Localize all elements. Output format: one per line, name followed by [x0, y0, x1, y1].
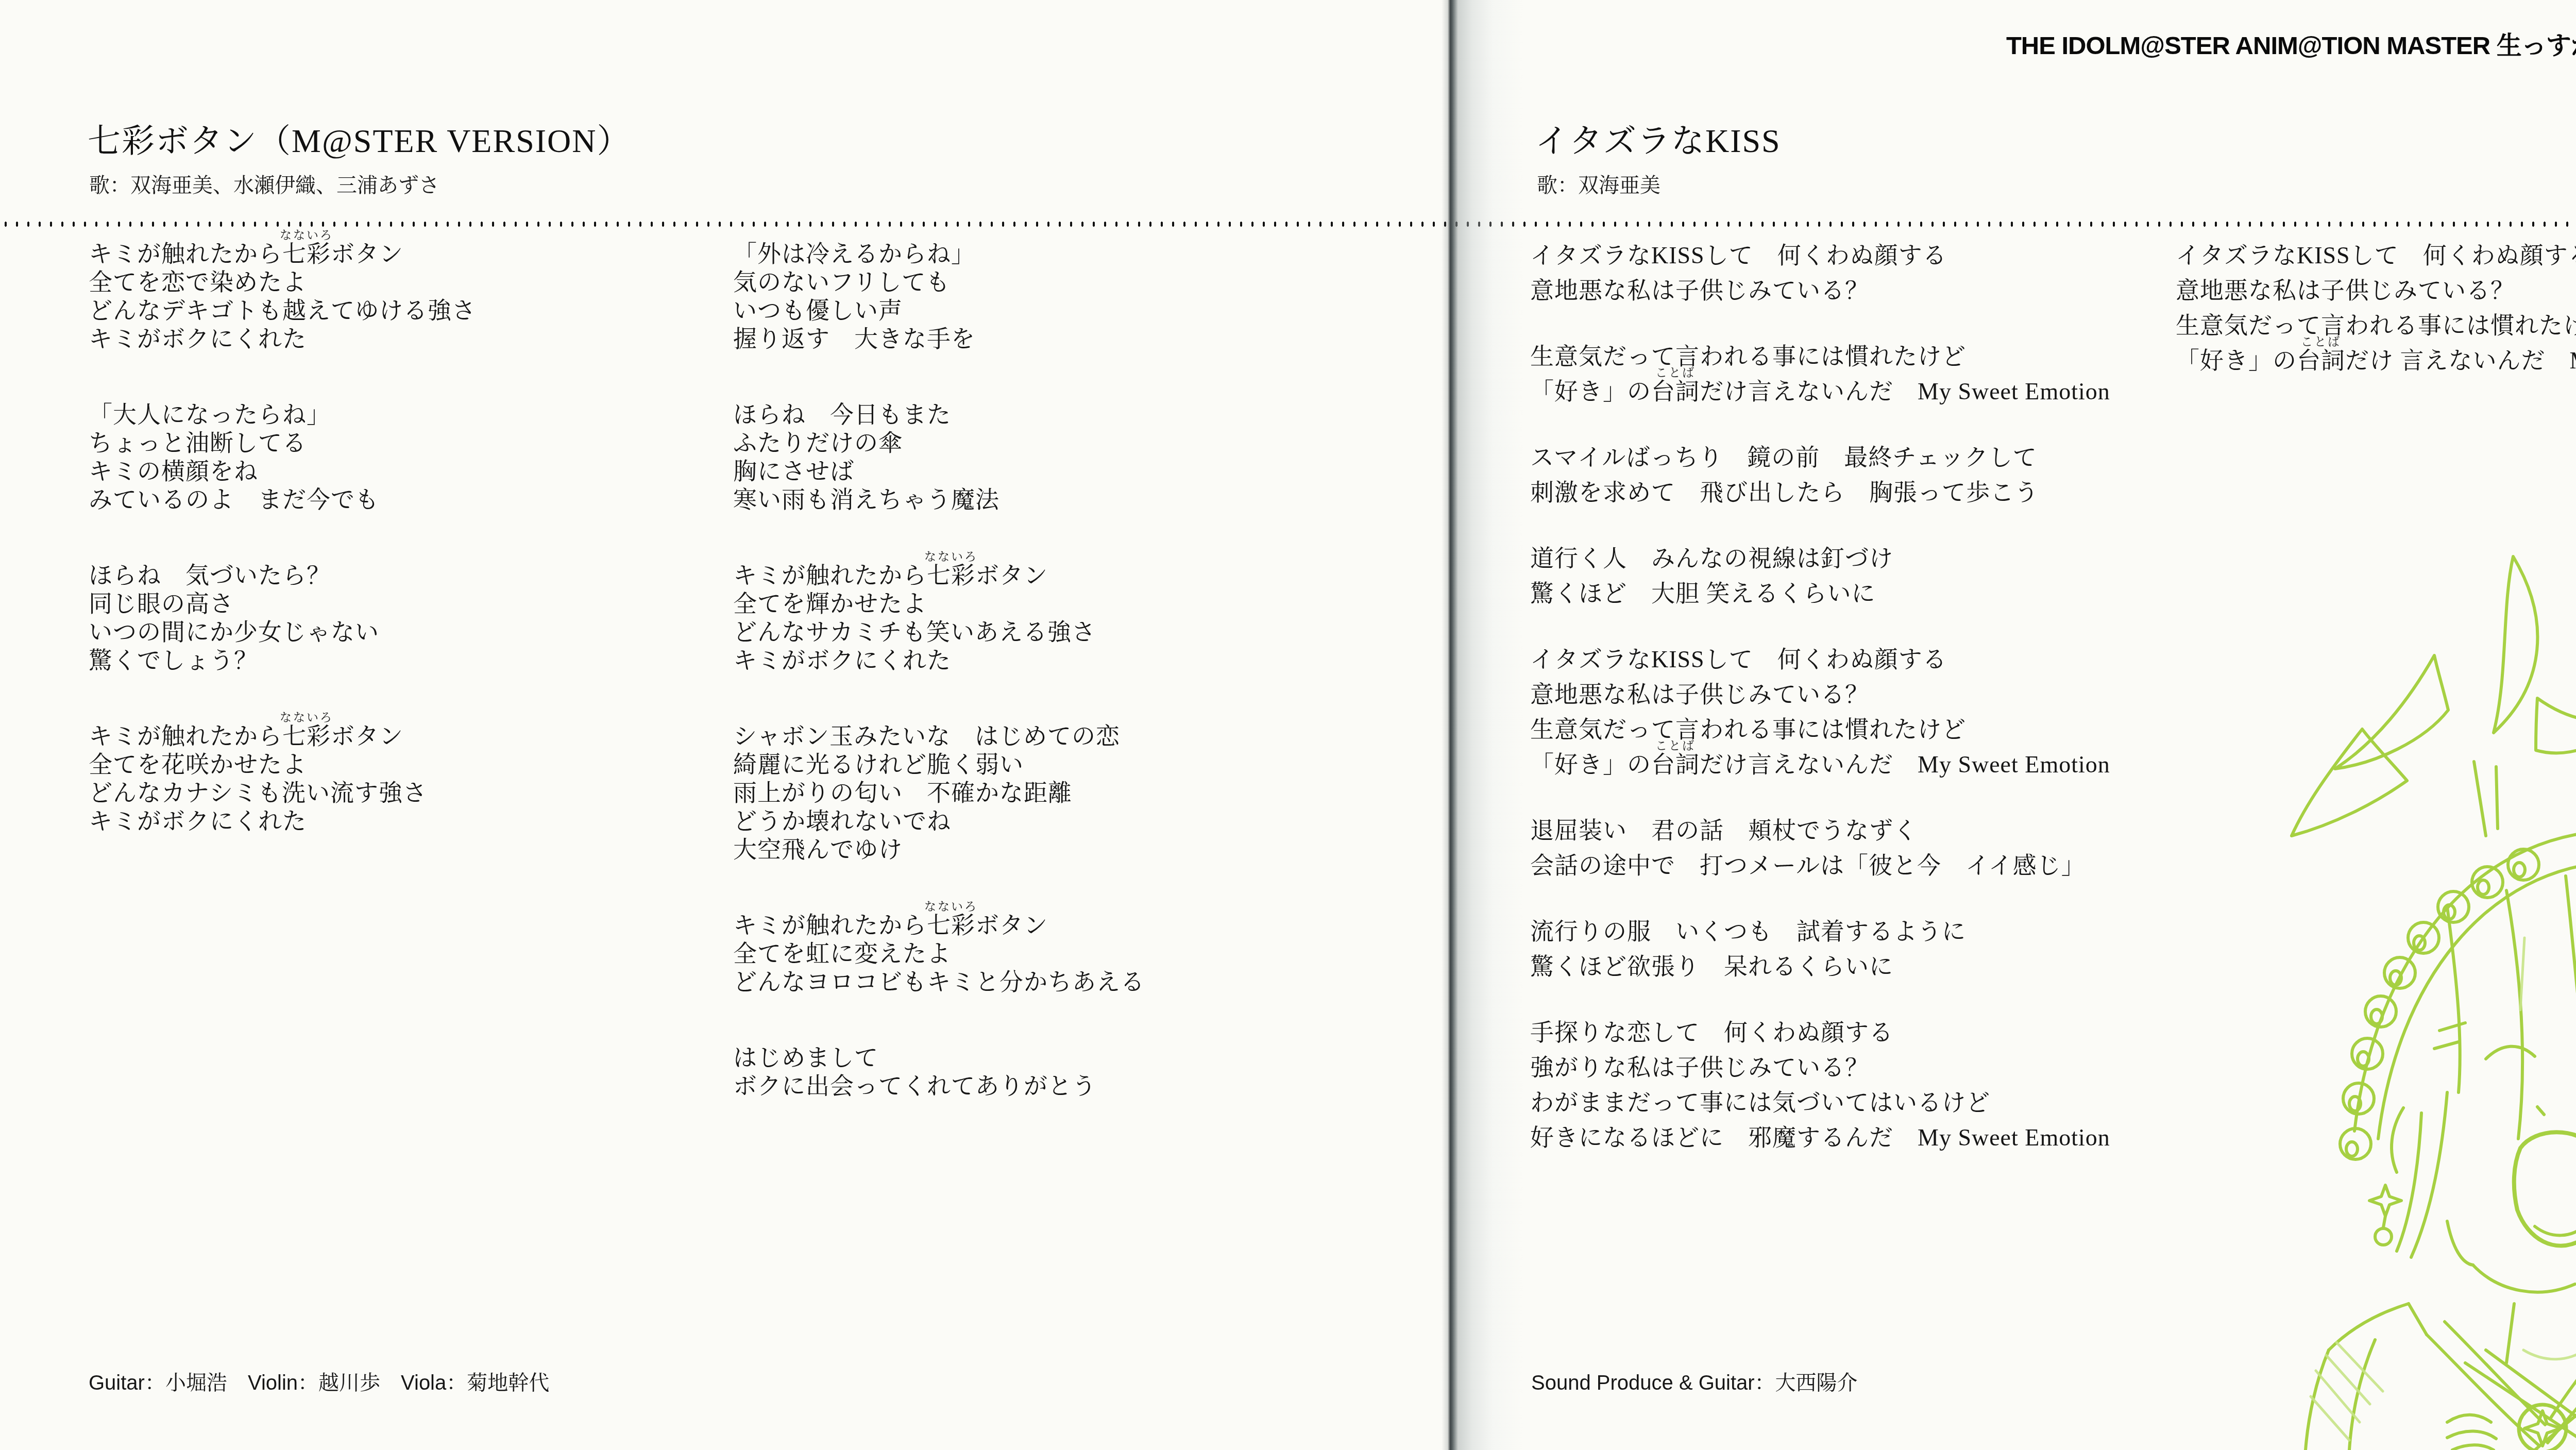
lyric-line: 手探りな恋して 何くわぬ顔する [1530, 1015, 2110, 1050]
lyric-line: どんなヨロコビもキミと分かちあえる [733, 968, 1145, 996]
lyric-line: 全てを恋で染めたよ [89, 268, 476, 296]
furigana-base: 七彩なないろ [927, 912, 975, 938]
furigana-base: 七彩なないろ [282, 241, 331, 267]
lyric-verse: イタズラなKISSして 何くわぬ顔する意地悪な私は子供じみている？生意気だって言… [1530, 642, 2110, 782]
lyric-line: イタズラなKISSして 何くわぬ顔する [2176, 238, 2576, 273]
lyric-line: 流行りの服 いくつも 試着するように [1530, 914, 2110, 949]
lyric-line: みているのよ まだ今でも [89, 485, 476, 514]
furigana-text: なないろ [924, 551, 978, 563]
lyric-line: 生意気だって言われる事には慣れたけど [2176, 308, 2576, 343]
lyric-line: シャボン玉みたいな はじめての恋 [733, 722, 1145, 750]
lyric-line: 意地悪な私は子供じみている？ [2176, 273, 2576, 308]
lyric-verse: ほらね 気づいたら？同じ眼の高さいつの間にか少女じゃない驚くでしょう？ [89, 561, 476, 675]
furigana-base: 台詞ことば [2297, 347, 2345, 374]
lyric-line: 退屈装い 君の話 頬杖でうなずく [1530, 813, 2110, 848]
lyric-verse: シャボン玉みたいな はじめての恋綺麗に光るけれど脆く弱い雨上がりの匂い 不確かな… [733, 722, 1145, 864]
lyric-line: 「好き」の台詞ことばだけ言えないんだ My Sweet Emotion [1530, 374, 2110, 409]
lyric-line: ふたりだけの傘 [733, 429, 1145, 457]
booklet-spread: { "header": { "title": "THE IDOLM@STER A… [0, 0, 2576, 1450]
lyric-line: ちょっと油断してる [89, 429, 476, 457]
lyric-line: 生意気だって言われる事には慣れたけど [1530, 712, 2110, 747]
lyric-line: 強がりな私は子供じみている？ [1530, 1050, 2110, 1085]
lyric-line: キミが触れたから七彩なないろボタン [89, 722, 476, 750]
lyric-line: イタズラなKISSして 何くわぬ顔する [1530, 642, 2110, 677]
right-lyrics-column-1: イタズラなKISSして 何くわぬ顔する意地悪な私は子供じみている？生意気だって言… [1530, 238, 2110, 1186]
lyric-line: 驚くでしょう？ [89, 646, 476, 675]
lyric-verse: キミが触れたから七彩なないろボタン全てを虹に変えたよどんなヨロコビもキミと分かち… [733, 911, 1145, 996]
furigana-text: なないろ [924, 901, 978, 913]
lyric-line: 道行く人 みんなの視線は釘づけ [1530, 541, 2110, 576]
lyric-line: 胸にさせば [733, 457, 1145, 485]
furigana-text: なないろ [280, 229, 333, 241]
page-gutter [1442, 0, 1524, 1450]
lyric-verse: キミが触れたから七彩なないろボタン全てを花咲かせたよどんなカナシミも洗い流す強さ… [89, 722, 476, 835]
lyric-line: 刺激を求めて 飛び出したら 胸張って歩こう [1530, 475, 2110, 510]
lyric-line: どうか壊れないでね [733, 807, 1145, 835]
lyric-line: どんなデキゴトも越えてゆける強さ [89, 296, 476, 325]
right-song-title: イタズラなKISS [1535, 114, 1781, 162]
lyric-line: 全てを虹に変えたよ [733, 939, 1145, 968]
lyric-line: ほらね 今日もまた [733, 400, 1145, 429]
left-song-artist: 歌：双海亜美、水瀬伊織、三浦あずさ [89, 169, 439, 198]
lyric-line: 気のないフリしても [733, 268, 1145, 296]
lyric-line: どんなカナシミも洗い流す強さ [89, 779, 476, 807]
lyric-line: キミが触れたから七彩なないろボタン [89, 240, 476, 268]
lyric-line: 「大人になったらね」 [89, 400, 476, 429]
furigana-text: なないろ [280, 712, 333, 723]
lyric-line: 驚くほど 大胆 笑えるくらいに [1530, 576, 2110, 611]
lyric-line: キミがボクにくれた [89, 325, 476, 353]
lyric-line: 握り返す 大きな手を [733, 325, 1145, 353]
lyric-line: 意地悪な私は子供じみている？ [1530, 677, 2110, 712]
furigana-base: 七彩なないろ [927, 562, 975, 588]
lyric-verse: 道行く人 みんなの視線は釘づけ驚くほど 大胆 笑えるくらいに [1530, 541, 2110, 611]
lyric-line: ほらね 気づいたら？ [89, 561, 476, 589]
booklet-title: THE IDOLM@STER ANIM@TION MASTER 生っすかSPEC… [2006, 26, 2576, 62]
lyric-verse: はじめましてボクに出会ってくれてありがとう [733, 1043, 1145, 1100]
lyric-line: 意地悪な私は子供じみている？ [1530, 273, 2110, 308]
lyric-line: 寒い雨も消えちゃう魔法 [733, 485, 1145, 514]
lyric-line: イタズラなKISSして 何くわぬ顔する [1530, 238, 2110, 273]
left-credits: Guitar：小堀浩 Violin：越川歩 Viola：菊地幹代 [89, 1367, 549, 1396]
left-song-title: 七彩ボタン（M@STER VERSION） [88, 114, 631, 162]
right-song-artist: 歌：双海亜美 [1537, 169, 1660, 198]
lyric-verse: 手探りな恋して 何くわぬ顔する強がりな私は子供じみている？わがままだって事には気… [1530, 1015, 2110, 1155]
lyric-verse: 退屈装い 君の話 頬杖でうなずく会話の途中で 打つメールは「彼と今 イイ感じ」 [1530, 813, 2110, 883]
lyric-verse: イタズラなKISSして 何くわぬ顔する意地悪な私は子供じみている？ [1530, 238, 2110, 308]
lyric-line: スマイルばっちり 鏡の前 最終チェックして [1530, 440, 2110, 475]
lyric-verse: ほらね 今日もまたふたりだけの傘胸にさせば寒い雨も消えちゃう魔法 [733, 400, 1145, 514]
lyric-verse: 生意気だって言われる事には慣れたけど「好き」の台詞ことばだけ言えないんだ My … [1530, 339, 2110, 409]
lyric-line: 「外は冷えるからね」 [733, 240, 1145, 268]
lyric-line: 雨上がりの匂い 不確かな距離 [733, 779, 1145, 807]
lyric-line: 全てを花咲かせたよ [89, 750, 476, 779]
lyric-line: キミがボクにくれた [89, 807, 476, 835]
furigana-text: ことば [2301, 336, 2341, 348]
lyric-verse: 「大人になったらね」ちょっと油断してるキミの横顔をねみているのよ まだ今でも [89, 400, 476, 514]
lyric-line: どんなサカミチも笑いあえる強さ [733, 618, 1145, 646]
furigana-base: 七彩なないろ [282, 723, 331, 749]
lyric-line: 生意気だって言われる事には慣れたけど [1530, 339, 2110, 374]
lyric-verse: 流行りの服 いくつも 試着するように驚くほど欲張り 呆れるくらいに [1530, 914, 2110, 984]
lyric-line: 会話の途中で 打つメールは「彼と今 イイ感じ」 [1530, 848, 2110, 883]
lyric-line: 驚くほど欲張り 呆れるくらいに [1530, 949, 2110, 984]
dotted-separator [0, 220, 2576, 228]
lyric-verse: キミが触れたから七彩なないろボタン全てを恋で染めたよどんなデキゴトも越えてゆける… [89, 240, 476, 353]
lyric-line: わがままだって事には気づいてはいるけど [1530, 1085, 2110, 1120]
furigana-base: 台詞ことば [1651, 751, 1700, 778]
lyric-verse: イタズラなKISSして 何くわぬ顔する意地悪な私は子供じみている？生意気だって言… [2176, 238, 2576, 378]
earring-icon [2369, 1185, 2401, 1216]
left-lyrics-column-2: 「外は冷えるからね」気のないフリしてもいつも優しい声握り返す 大きな手をほらね … [733, 240, 1145, 1148]
lyric-line: キミが触れたから七彩なないろボタン [733, 911, 1145, 939]
lyric-line: 綺麗に光るけれど脆く弱い [733, 750, 1145, 779]
lyric-line: いつも優しい声 [733, 296, 1145, 325]
furigana-base: 台詞ことば [1651, 378, 1700, 404]
lyric-line: 「好き」の台詞ことばだけ 言えないんだ My Sweet Emotion [2176, 343, 2576, 378]
lyric-line: 全てを輝かせたよ [733, 589, 1145, 618]
right-lyrics-column-2: イタズラなKISSして 何くわぬ顔する意地悪な私は子供じみている？生意気だって言… [2176, 238, 2576, 409]
lyric-verse: 「外は冷えるからね」気のないフリしてもいつも優しい声握り返す 大きな手を [733, 240, 1145, 353]
furigana-text: ことば [1655, 740, 1696, 752]
lyric-line: 同じ眼の高さ [89, 589, 476, 618]
lyric-verse: キミが触れたから七彩なないろボタン全てを輝かせたよどんなサカミチも笑いあえる強さ… [733, 561, 1145, 675]
lyric-line: キミの横顔をね [89, 457, 476, 485]
lyric-line: 好きになるほどに 邪魔するんだ My Sweet Emotion [1530, 1120, 2110, 1155]
character-sketch-ami [2205, 546, 2576, 1450]
hair-spike-icon [2494, 557, 2537, 733]
lyric-verse: スマイルばっちり 鏡の前 最終チェックして刺激を求めて 飛び出したら 胸張って歩… [1530, 440, 2110, 510]
header: THE IDOLM@STER ANIM@TION MASTER 生っすかSPEC… [2006, 26, 2576, 62]
furigana-text: ことば [1655, 367, 1696, 379]
lyric-line: 大空飛んでゆけ [733, 835, 1145, 864]
lyric-line: キミがボクにくれた [733, 646, 1145, 675]
left-lyrics-column-1: キミが触れたから七彩なないろボタン全てを恋で染めたよどんなデキゴトも越えてゆける… [89, 240, 476, 883]
lyric-line: 「好き」の台詞ことばだけ言えないんだ My Sweet Emotion [1530, 747, 2110, 782]
lyric-line: いつの間にか少女じゃない [89, 618, 476, 646]
right-credits: Sound Produce & Guitar：大西陽介 [1531, 1367, 1858, 1396]
lyric-line: ボクに出会ってくれてありがとう [733, 1072, 1145, 1100]
lyric-line: はじめまして [733, 1043, 1145, 1072]
lyric-line: キミが触れたから七彩なないろボタン [733, 561, 1145, 589]
